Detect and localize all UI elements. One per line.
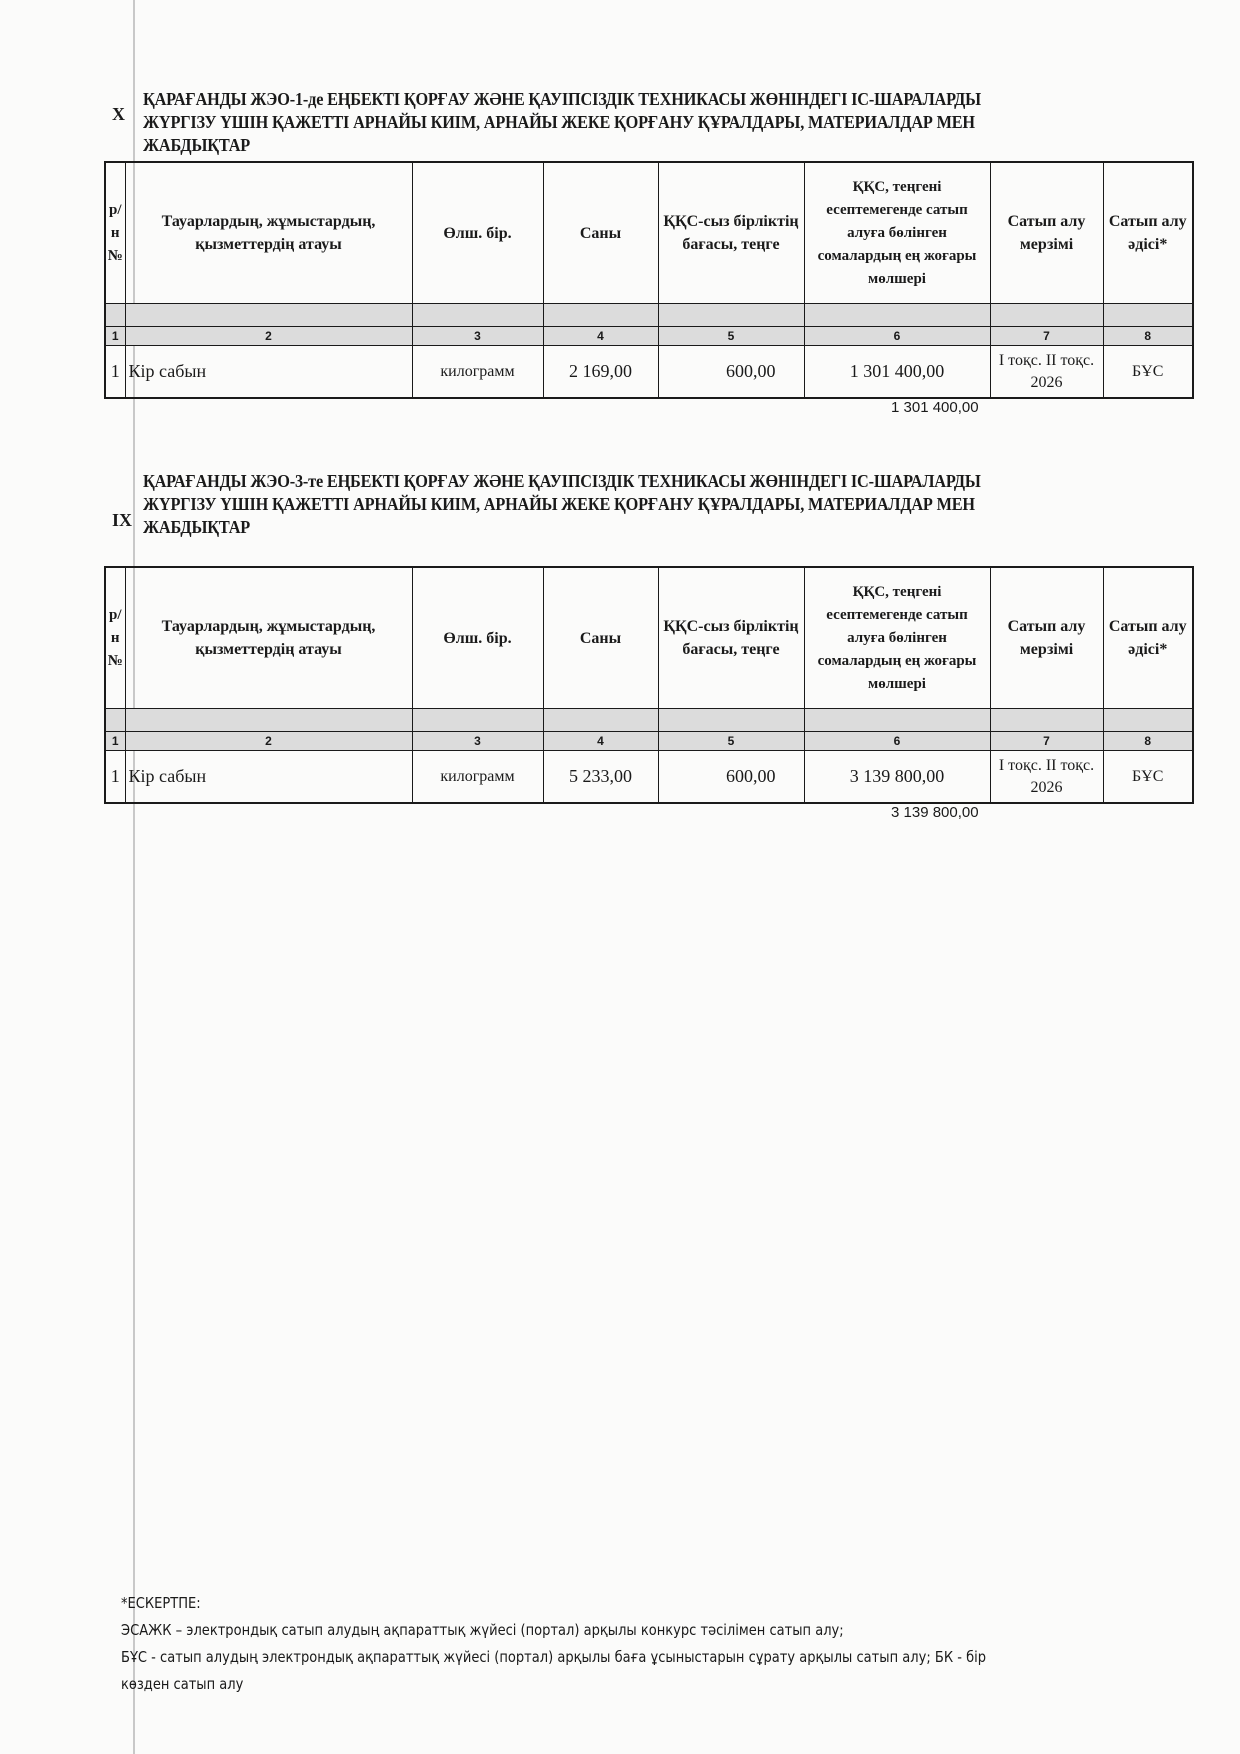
section-total: 1 301 400,00 bbox=[891, 399, 979, 416]
table-header-row: р/н № Тауарлардың, жұмыстардың, қызметте… bbox=[105, 567, 1193, 709]
cell-period: І тоқс. ІІ тоқс. 2026 bbox=[990, 346, 1103, 399]
footnote-line: БҰС - сатып алудың электрондық ақпаратты… bbox=[121, 1644, 986, 1671]
header-method: Сатып алу әдісі* bbox=[1103, 567, 1193, 709]
cell-name: Кір сабын bbox=[125, 751, 412, 804]
header-price: ҚҚС-сыз бірліктің бағасы, теңге bbox=[658, 162, 804, 304]
header-price: ҚҚС-сыз бірліктің бағасы, теңге bbox=[658, 567, 804, 709]
cell-sum: 3 139 800,00 bbox=[804, 751, 990, 804]
cell-sum: 1 301 400,00 bbox=[804, 346, 990, 399]
procurement-table: р/н № Тауарлардың, жұмыстардың, қызметте… bbox=[104, 566, 1194, 804]
footnote-line: ЭСАЖК – электрондық сатып алудың ақпарат… bbox=[121, 1617, 986, 1644]
header-rn: р/н № bbox=[105, 567, 125, 709]
header-unit: Өлш. бір. bbox=[412, 567, 543, 709]
cell-qty: 2 169,00 bbox=[543, 346, 658, 399]
header-period: Сатып алу мерзімі bbox=[990, 567, 1103, 709]
section-total: 3 139 800,00 bbox=[891, 804, 979, 821]
header-qty: Саны bbox=[543, 162, 658, 304]
footnote-line: көзден сатып алу bbox=[121, 1671, 986, 1698]
cell-price: 600,00 bbox=[658, 751, 804, 804]
header-name: Тауарлардың, жұмыстардың, қызметтердің а… bbox=[125, 162, 412, 304]
header-rn: р/н № bbox=[105, 162, 125, 304]
section-title: ҚАРАҒАНДЫ ЖЭО-3-те ЕҢБЕКТІ ҚОРҒАУ ЖӘНЕ Қ… bbox=[143, 470, 1082, 539]
table-row: 1 Кір сабын килограмм 5 233,00 600,00 3 … bbox=[105, 751, 1193, 804]
footnote-heading: *ЕСКЕРТПЕ: bbox=[121, 1590, 986, 1617]
column-number-row: 1 2 3 4 5 6 7 8 bbox=[105, 732, 1193, 751]
cell-rn: 1 bbox=[105, 346, 125, 399]
cell-rn: 1 bbox=[105, 751, 125, 804]
header-unit: Өлш. бір. bbox=[412, 162, 543, 304]
cell-name: Кір сабын bbox=[125, 346, 412, 399]
procurement-table: р/н № Тауарлардың, жұмыстардың, қызметте… bbox=[104, 161, 1194, 399]
section-title: ҚАРАҒАНДЫ ЖЭО-1-де ЕҢБЕКТІ ҚОРҒАУ ЖӘНЕ Қ… bbox=[143, 88, 1082, 157]
cell-method: БҰС bbox=[1103, 346, 1193, 399]
header-name: Тауарлардың, жұмыстардың, қызметтердің а… bbox=[125, 567, 412, 709]
section-roman-numeral: IX bbox=[112, 510, 132, 531]
cell-period: І тоқс. ІІ тоқс. 2026 bbox=[990, 751, 1103, 804]
cell-qty: 5 233,00 bbox=[543, 751, 658, 804]
table-header-row: р/н № Тауарлардың, жұмыстардың, қызметте… bbox=[105, 162, 1193, 304]
footnote: *ЕСКЕРТПЕ: ЭСАЖК – электрондық сатып алу… bbox=[121, 1590, 986, 1698]
table-spacer-row bbox=[105, 304, 1193, 327]
table-row: 1 Кір сабын килограмм 2 169,00 600,00 1 … bbox=[105, 346, 1193, 399]
cell-price: 600,00 bbox=[658, 346, 804, 399]
cell-method: БҰС bbox=[1103, 751, 1193, 804]
header-sum: ҚҚС, теңгені есептемегенде сатып алуға б… bbox=[804, 162, 990, 304]
cell-unit: килограмм bbox=[412, 751, 543, 804]
column-number-row: 1 2 3 4 5 6 7 8 bbox=[105, 327, 1193, 346]
header-qty: Саны bbox=[543, 567, 658, 709]
header-sum: ҚҚС, теңгені есептемегенде сатып алуға б… bbox=[804, 567, 990, 709]
section-roman-numeral: X bbox=[112, 104, 125, 125]
header-period: Сатып алу мерзімі bbox=[990, 162, 1103, 304]
table-spacer-row bbox=[105, 709, 1193, 732]
cell-unit: килограмм bbox=[412, 346, 543, 399]
header-method: Сатып алу әдісі* bbox=[1103, 162, 1193, 304]
